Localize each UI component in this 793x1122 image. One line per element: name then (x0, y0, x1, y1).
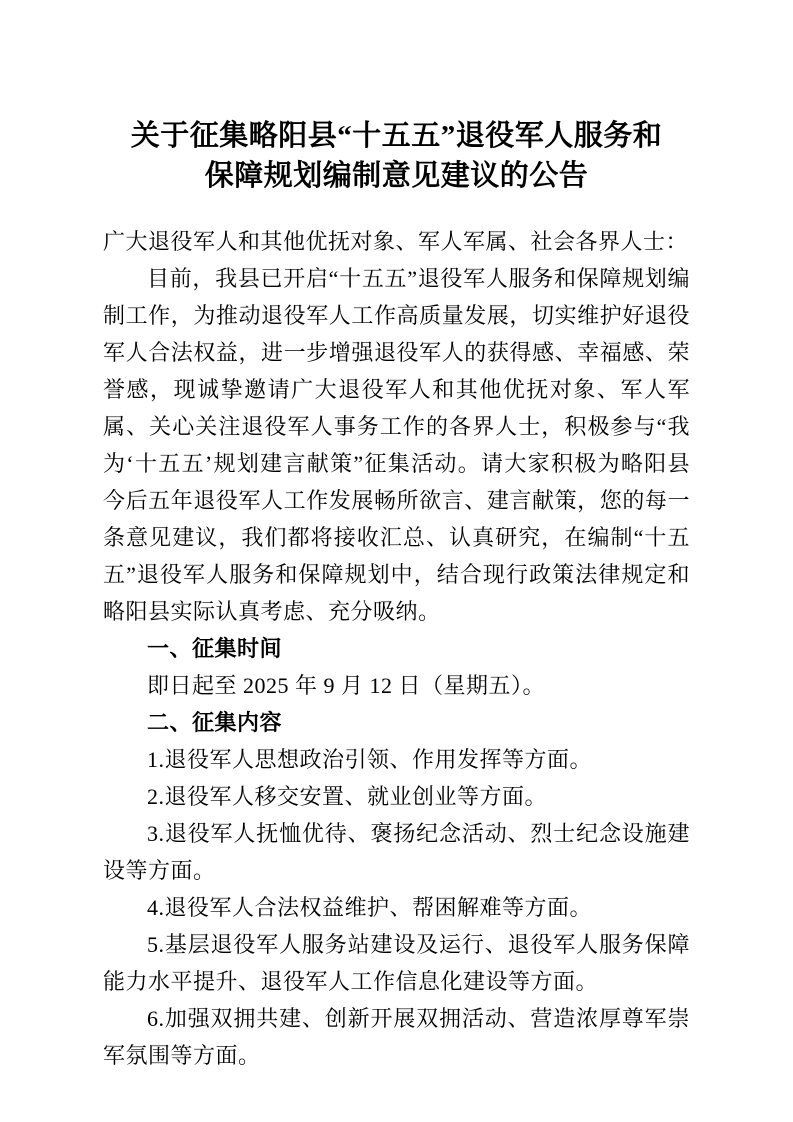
salutation: 广大退役军人和其他优抚对象、军人军属、社会各界人士： (103, 223, 690, 260)
document-title-line-1: 关于征集略阳县“十五五”退役军人服务和 (103, 116, 690, 156)
section-heading: 一、征集时间 (103, 630, 690, 667)
sections: 一、征集时间即日起至 2025 年 9 月 12 日（星期五）。二、征集内容1.… (103, 630, 690, 1074)
section-item: 6.加强双拥共建、创新开展双拥活动、营造浓厚尊军崇军氛围等方面。 (103, 1000, 690, 1074)
section-item: 即日起至 2025 年 9 月 12 日（星期五）。 (103, 667, 690, 704)
document-title-line-2: 保障规划编制意见建议的公告 (103, 156, 690, 196)
section-heading: 二、征集内容 (103, 704, 690, 741)
document-body: 广大退役军人和其他优抚对象、军人军属、社会各界人士： 目前，我县已开启“十五五”… (103, 223, 690, 1074)
section-item: 3.退役军人抚恤优待、褒扬纪念活动、烈士纪念设施建设等方面。 (103, 815, 690, 889)
section-item: 1.退役军人思想政治引领、作用发挥等方面。 (103, 741, 690, 778)
document-page: 关于征集略阳县“十五五”退役军人服务和 保障规划编制意见建议的公告 广大退役军人… (0, 0, 793, 1122)
section-item: 5.基层退役军人服务站建设及运行、退役军人服务保障能力水平提升、退役军人工作信息… (103, 926, 690, 1000)
section-item: 2.退役军人移交安置、就业创业等方面。 (103, 778, 690, 815)
section-item: 4.退役军人合法权益维护、帮困解难等方面。 (103, 889, 690, 926)
document-title: 关于征集略阳县“十五五”退役军人服务和 保障规划编制意见建议的公告 (103, 116, 690, 196)
intro-paragraph: 目前，我县已开启“十五五”退役军人服务和保障规划编制工作，为推动退役军人工作高质… (103, 260, 690, 630)
